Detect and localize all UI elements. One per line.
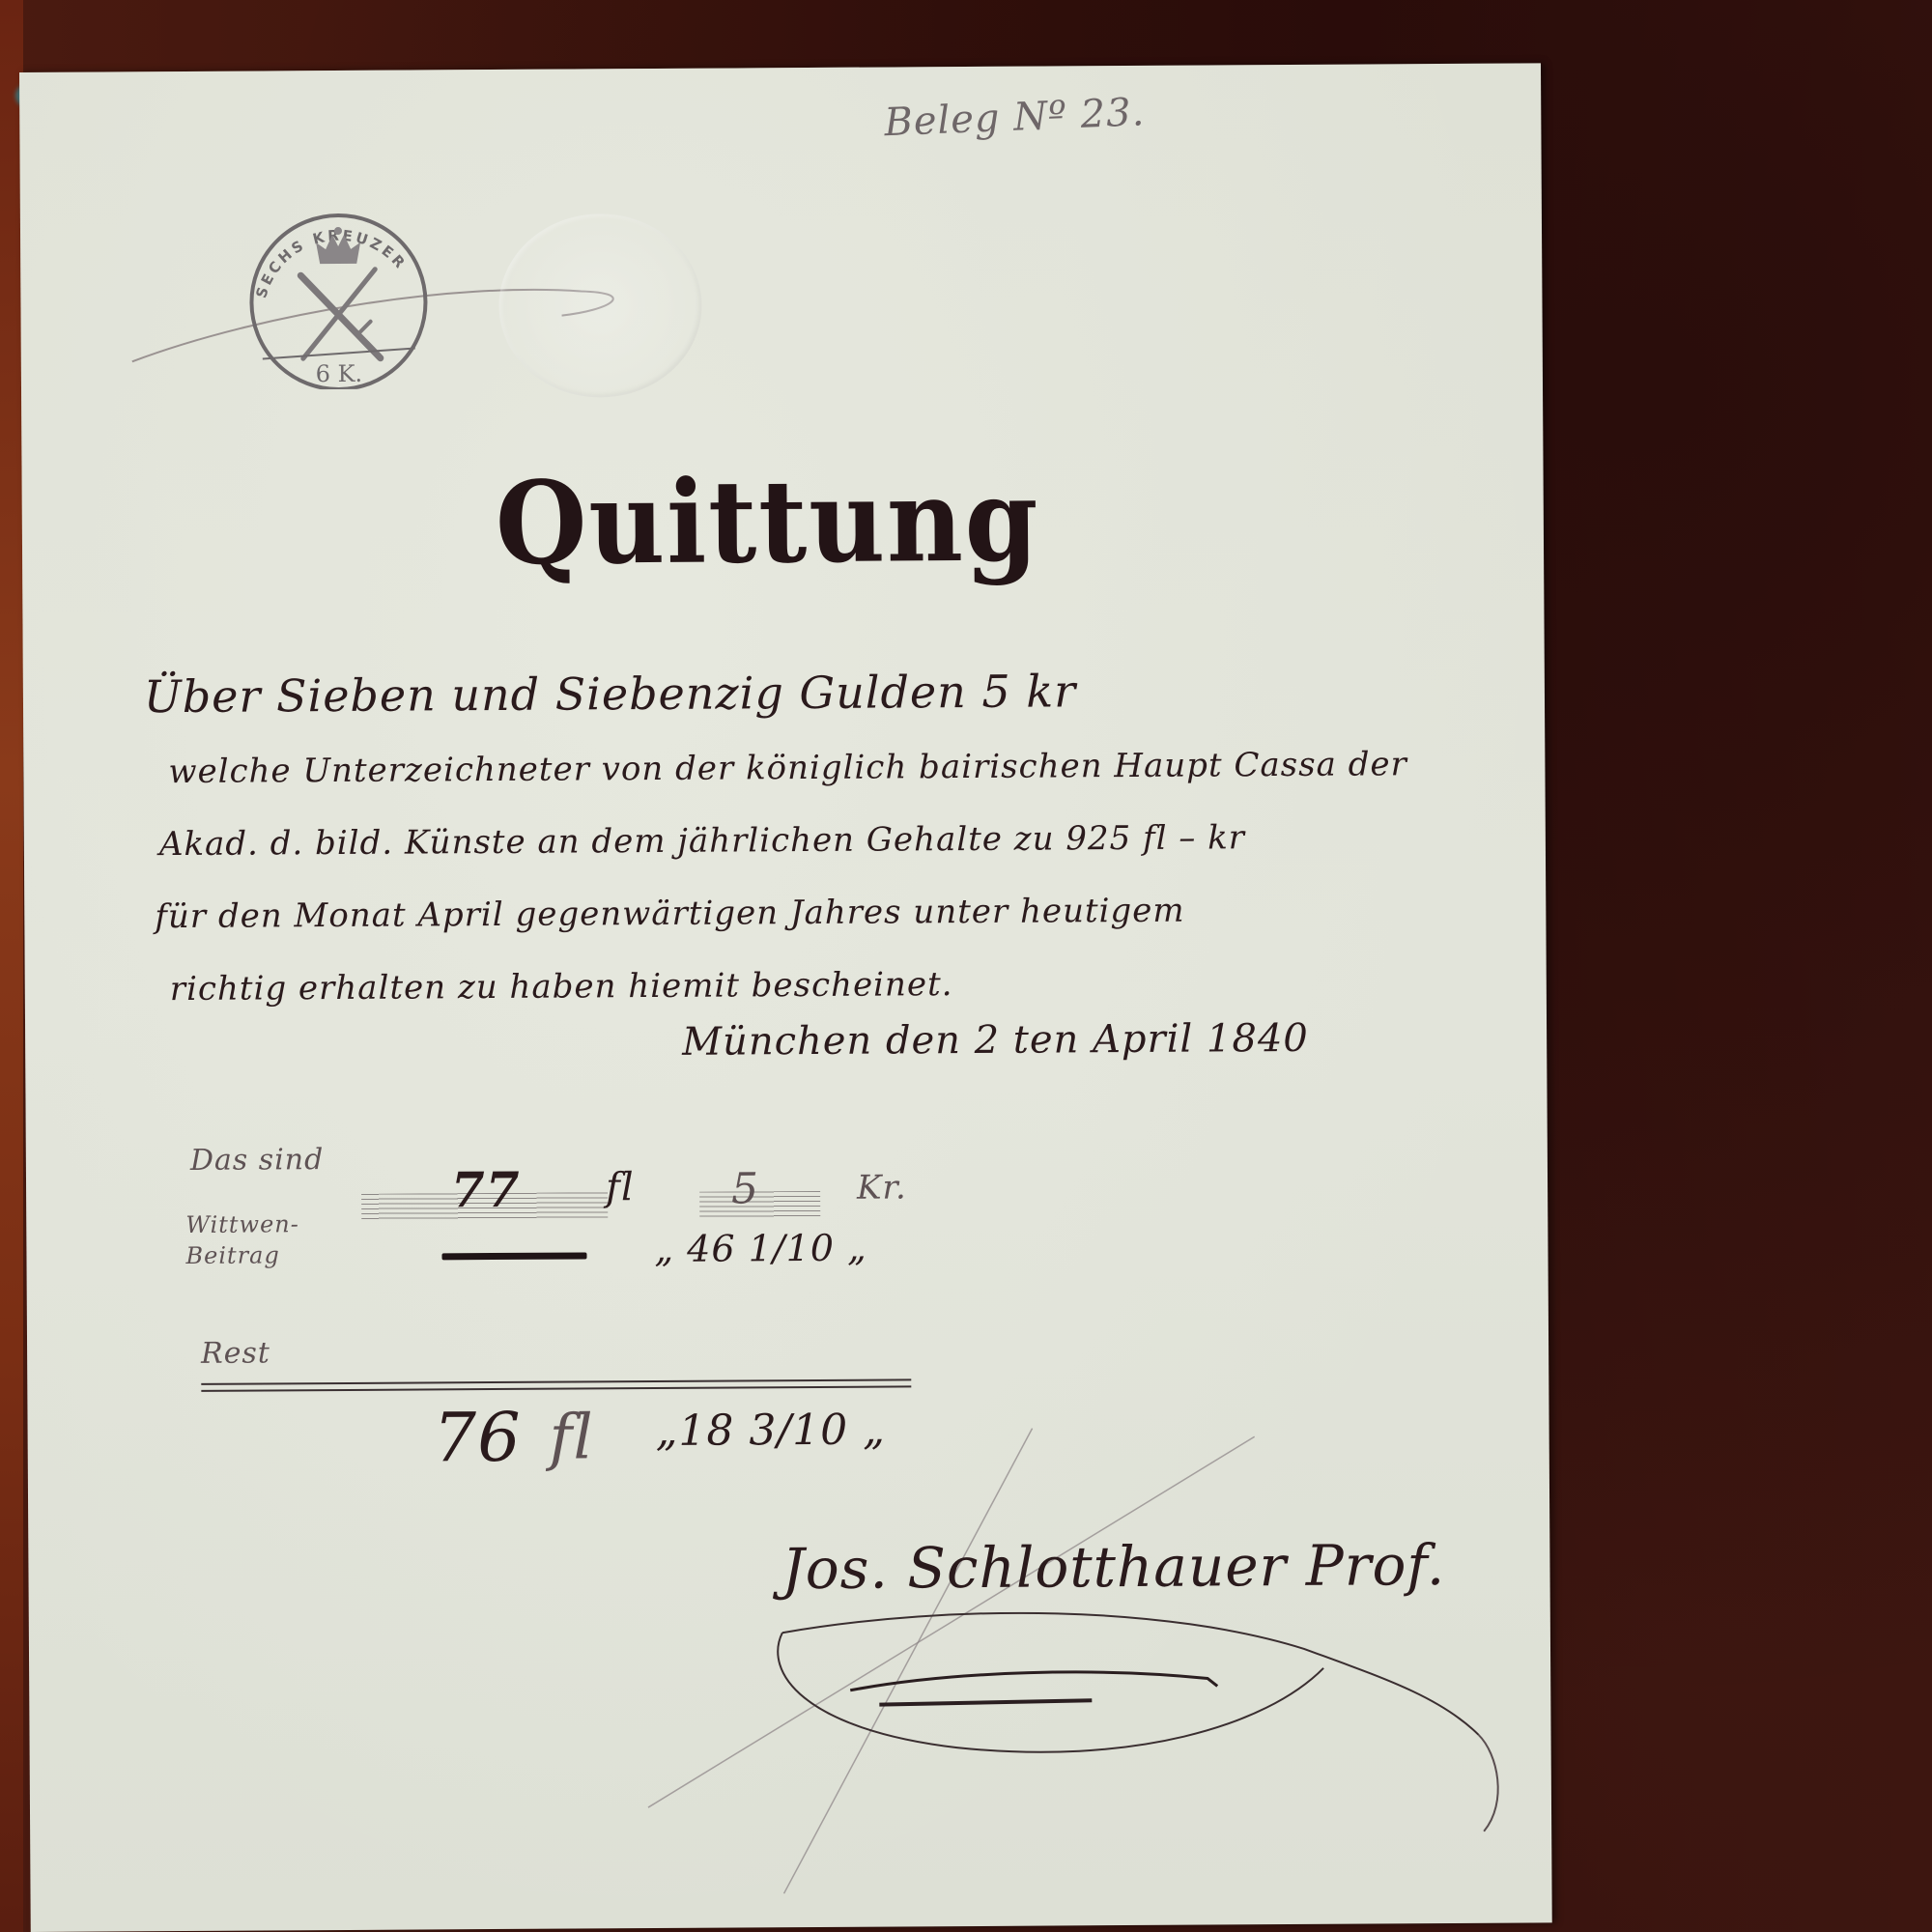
body-line-3: Akad. d. bild. Künste an dem jährlichen …: [159, 818, 1245, 864]
body-line-4: für den Monat April gegenwärtigen Jahres…: [155, 892, 1184, 937]
receipt-paper: Beleg Nº 23. SECHS KREUZER 6 K. Quittung…: [19, 63, 1552, 1932]
deduction-label-line-2: Beitrag: [185, 1241, 279, 1269]
total-florins-unit: fl: [606, 1165, 635, 1209]
remainder-florins-unit: fl: [549, 1402, 594, 1473]
body-line-5: richtig erhalten zu haben hiemit beschei…: [170, 965, 953, 1009]
amount-hatch-kreuzer: [699, 1191, 820, 1219]
signature: Jos. Schlotthauer Prof.: [781, 1532, 1445, 1602]
total-kreuzer: 5: [731, 1164, 759, 1213]
deduction-florins-dash: [441, 1252, 586, 1260]
deduction-label-line-1: Wittwen-: [185, 1210, 299, 1238]
sum-rule: [201, 1378, 911, 1391]
remainder-label: Rest: [201, 1336, 270, 1370]
total-label: Das sind: [190, 1143, 325, 1178]
deduction-kreuzer: „ 46 1/10 „: [654, 1227, 867, 1270]
crossed-sword-sceptre-icon: [300, 270, 381, 358]
document-title: Quittung: [495, 453, 1039, 590]
total-kreuzer-unit: Kr.: [857, 1168, 907, 1207]
stamp-value: 6 K.: [316, 360, 363, 387]
body-line-2: welche Unterzeichneter von der königlich…: [168, 745, 1407, 791]
reference-number: Beleg Nº 23.: [883, 90, 1146, 145]
total-florins: 77: [451, 1161, 521, 1218]
embossed-seal: [498, 213, 702, 398]
remainder-florins: 76: [433, 1398, 522, 1478]
tax-stamp: SECHS KREUZER 6 K.: [235, 205, 443, 389]
remainder-kreuzer: „18 3/10 „: [655, 1406, 886, 1456]
place-and-date: München den 2 ten April 1840: [682, 1016, 1309, 1065]
body-line-1: Über Sieben und Siebenzig Gulden 5 kr: [144, 665, 1077, 723]
signature-flourish: [763, 1608, 1538, 1864]
